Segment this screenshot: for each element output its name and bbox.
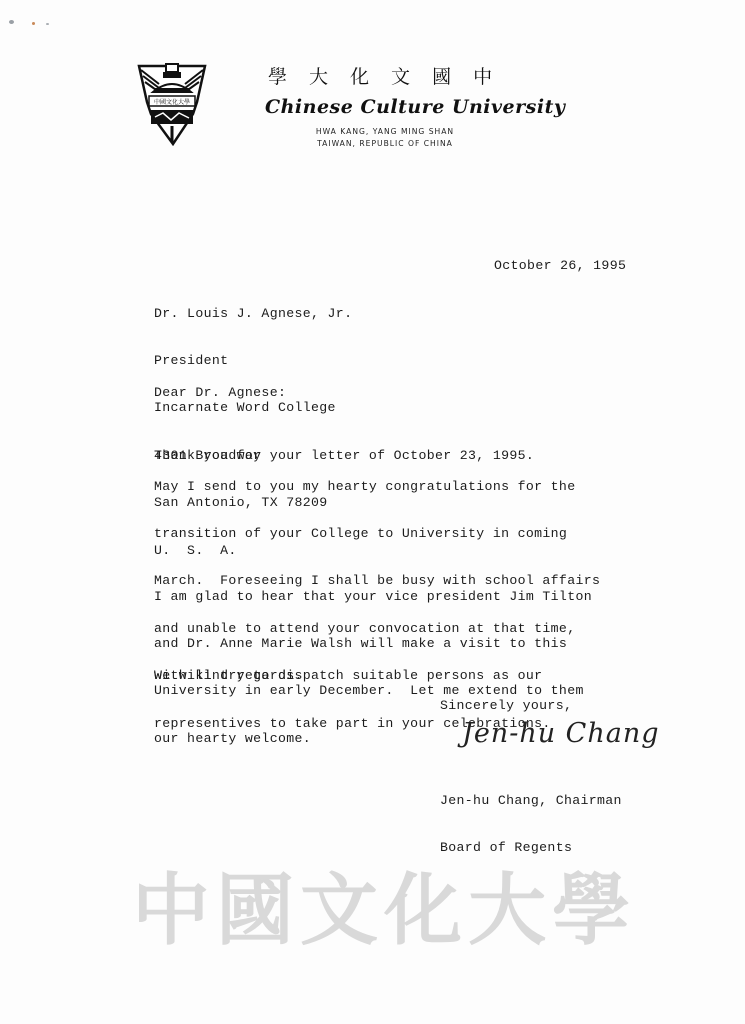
watermark-char: 學 — [552, 848, 630, 960]
letter-date: October 26, 1995 — [494, 258, 626, 274]
letterhead-address: HWA KANG, YANG MING SHAN TAIWAN, REPUBLI… — [290, 126, 480, 149]
address-line-2: TAIWAN, REPUBLIC OF CHINA — [290, 138, 480, 150]
salutation: Dear Dr. Agnese: — [154, 385, 286, 401]
watermark-char: 中 — [132, 848, 210, 960]
paragraph-4: With kind regards. — [154, 636, 303, 699]
english-university-name: Chinese Culture University — [265, 96, 565, 118]
paragraph-line: With kind regards. — [154, 668, 303, 684]
cjk-char: 學 — [268, 62, 287, 89]
address-line-1: HWA KANG, YANG MING SHAN — [290, 126, 480, 138]
cjk-char: 文 — [391, 62, 410, 89]
chinese-university-name: 學 大 化 文 國 中 — [268, 62, 492, 89]
watermark-university-name: 中 國 文 化 大 學 — [132, 848, 630, 960]
cjk-char: 中 — [473, 62, 492, 89]
signer-name-title: Jen-hu Chang, Chairman — [440, 793, 622, 809]
svg-text:中國文化大學: 中國文化大學 — [154, 98, 190, 106]
handwritten-signature: Jen-hu Chang — [462, 718, 660, 749]
watermark-char: 大 — [468, 848, 546, 960]
cjk-char: 國 — [432, 62, 451, 89]
recipient-line: President — [154, 353, 352, 369]
letterhead: 中國文化大學 學 大 化 文 國 中 Chinese Culture Unive… — [0, 0, 745, 160]
paragraph-line: transition of your College to University… — [154, 526, 600, 542]
recipient-line: Incarnate Word College — [154, 400, 352, 416]
paragraph-line: May I send to you my hearty congratulati… — [154, 479, 600, 495]
paragraph-line: I am glad to hear that your vice preside… — [154, 589, 592, 605]
university-crest-icon: 中國文化大學 — [137, 62, 207, 146]
cjk-char: 化 — [350, 62, 369, 89]
watermark-char: 國 — [216, 848, 294, 960]
watermark-char: 化 — [384, 848, 462, 960]
watermark-char: 文 — [300, 848, 378, 960]
recipient-line: Dr. Louis J. Agnese, Jr. — [154, 306, 352, 322]
closing: Sincerely yours, — [440, 698, 572, 714]
cjk-char: 大 — [309, 62, 328, 89]
